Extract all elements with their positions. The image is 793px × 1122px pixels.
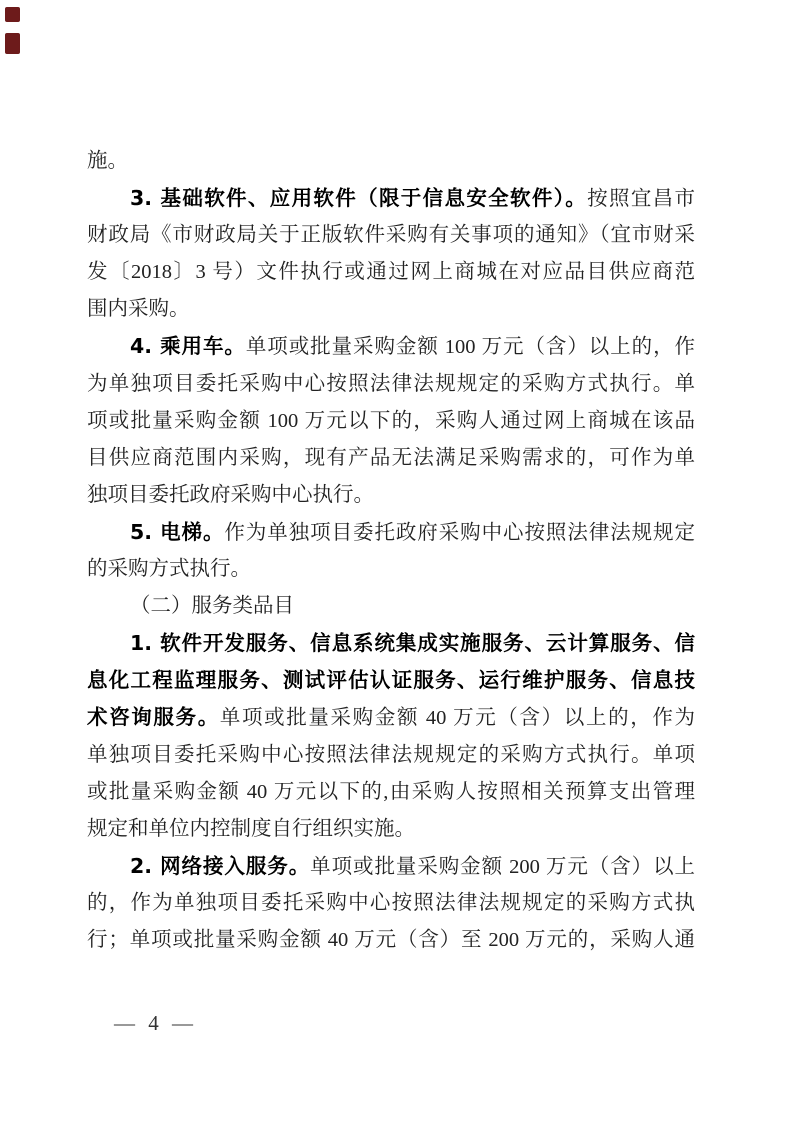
text-run: 的，作为单独项目委托采购中心按照法律法规规定的采购方式执 (87, 892, 695, 914)
text-run: 发〔2018〕3 号）文件执行或通过网上商城在对应品目供应商范 (87, 261, 695, 283)
red-scan-mark (5, 33, 20, 54)
text-line: 5. 电梯。作为单独项目委托政府采购中心按照法律法规规定 (87, 514, 695, 551)
text-run: 单项或批量采购金额 40 万元（含）以上的，作为 (220, 707, 695, 729)
text-line: 独项目委托政府采购中心执行。 (87, 477, 695, 514)
text-run: 单独项目委托采购中心按照法律法规规定的采购方式执行。单项 (87, 744, 695, 766)
text-run: 单项或批量采购金额 200 万元（含）以上 (310, 856, 695, 878)
text-line: 发〔2018〕3 号）文件执行或通过网上商城在对应品目供应商范 (87, 254, 695, 291)
text-line: 2. 网络接入服务。单项或批量采购金额 200 万元（含）以上 (87, 848, 695, 885)
text-run: 或批量采购金额 40 万元以下的,由采购人按照相关预算支出管理 (87, 781, 695, 803)
heading-run: 4. 乘用车。 (130, 334, 246, 358)
heading-run: 1. 软件开发服务、信息系统集成实施服务、云计算服务、信 (130, 631, 695, 655)
text-line: 目供应商范围内采购，现有产品无法满足采购需求的，可作为单 (87, 440, 695, 477)
heading-run: 5. 电梯。 (130, 520, 224, 544)
text-line: 1. 软件开发服务、信息系统集成实施服务、云计算服务、信 (87, 625, 695, 662)
text-run: 单项或批量采购金额 100 万元（含）以上的，作 (246, 336, 695, 358)
text-run: 的采购方式执行。 (87, 558, 251, 580)
text-line: 为单独项目委托采购中心按照法律法规规定的采购方式执行。单 (87, 366, 695, 403)
text-run: 作为单独项目委托政府采购中心按照法律法规规定 (224, 522, 695, 544)
text-line: （二）服务类品目 (87, 588, 695, 625)
text-run: 围内采购。 (87, 298, 190, 320)
text-line: 4. 乘用车。单项或批量采购金额 100 万元（含）以上的，作 (87, 328, 695, 365)
text-line: 息化工程监理服务、测试评估认证服务、运行维护服务、信息技 (87, 662, 695, 699)
text-line: 术咨询服务。单项或批量采购金额 40 万元（含）以上的，作为 (87, 699, 695, 736)
heading-run: 2. 网络接入服务。 (130, 854, 310, 878)
text-line: 或批量采购金额 40 万元以下的,由采购人按照相关预算支出管理 (87, 774, 695, 811)
text-line: 项或批量采购金额 100 万元以下的，采购人通过网上商城在该品 (87, 403, 695, 440)
text-line: 财政局《市财政局关于正版软件采购有关事项的通知》（宜市财采 (87, 217, 695, 254)
text-run: 行；单项或批量采购金额 40 万元（含）至 200 万元的，采购人通 (87, 929, 695, 951)
text-line: 的，作为单独项目委托采购中心按照法律法规规定的采购方式执 (87, 885, 695, 922)
page-number: — 4 — (114, 1011, 197, 1036)
text-line: 规定和单位内控制度自行组织实施。 (87, 811, 695, 848)
heading-run: 术咨询服务。 (87, 705, 220, 729)
text-run: 施。 (87, 150, 128, 172)
text-run: 规定和单位内控制度自行组织实施。 (87, 818, 415, 840)
text-line: 施。 (87, 143, 695, 180)
text-run: 按照宜昌市 (587, 188, 695, 210)
text-run: 项或批量采购金额 100 万元以下的，采购人通过网上商城在该品 (87, 410, 695, 432)
text-line: 围内采购。 (87, 291, 695, 328)
text-run: （二）服务类品目 (130, 595, 294, 617)
text-run: 目供应商范围内采购，现有产品无法满足采购需求的，可作为单 (87, 447, 695, 469)
document-body: 施。3. 基础软件、应用软件（限于信息安全软件）。按照宜昌市财政局《市财政局关于… (87, 143, 695, 959)
text-run: 财政局《市财政局关于正版软件采购有关事项的通知》（宜市财采 (87, 224, 695, 246)
text-line: 的采购方式执行。 (87, 551, 695, 588)
document-page: 施。3. 基础软件、应用软件（限于信息安全软件）。按照宜昌市财政局《市财政局关于… (0, 0, 793, 1122)
red-scan-mark (5, 7, 20, 22)
text-run: 独项目委托政府采购中心执行。 (87, 484, 374, 506)
text-line: 行；单项或批量采购金额 40 万元（含）至 200 万元的，采购人通 (87, 922, 695, 959)
text-line: 单独项目委托采购中心按照法律法规规定的采购方式执行。单项 (87, 737, 695, 774)
heading-run: 息化工程监理服务、测试评估认证服务、运行维护服务、信息技 (87, 668, 695, 692)
heading-run: 3. 基础软件、应用软件（限于信息安全软件）。 (130, 186, 587, 210)
text-run: 为单独项目委托采购中心按照法律法规规定的采购方式执行。单 (87, 373, 695, 395)
text-line: 3. 基础软件、应用软件（限于信息安全软件）。按照宜昌市 (87, 180, 695, 217)
